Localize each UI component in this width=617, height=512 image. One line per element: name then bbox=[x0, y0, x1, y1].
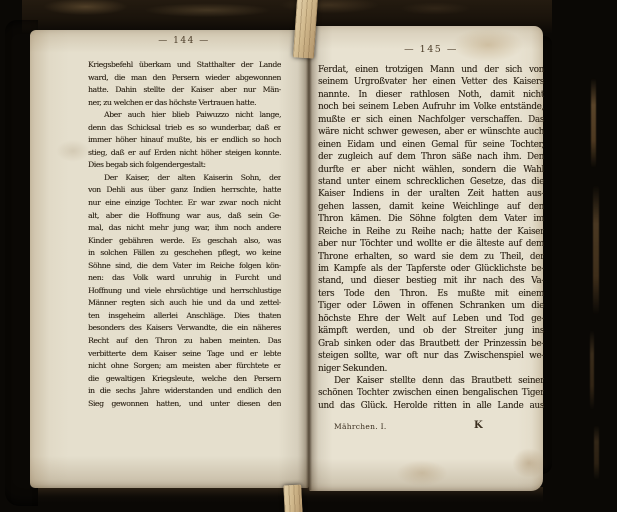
page-number-145: — 145 — bbox=[318, 44, 544, 55]
text-line: Hoffnung und viele ehrsüchtige und herrs… bbox=[88, 285, 281, 298]
text-line: in solchen Fällen zu geschehen pflegt, w… bbox=[88, 247, 281, 260]
binding-streak bbox=[594, 425, 599, 480]
text-line: ward, die man den Persern wieder abgewon… bbox=[88, 72, 281, 85]
text-line: Der Kaiser, der alten Kaiserin Sohn, der bbox=[88, 172, 281, 185]
text-line: Männer regten sich auch hie und da und z… bbox=[88, 297, 281, 310]
text-line: mal, das nicht mehr jung war, ihm noch a… bbox=[88, 222, 281, 235]
text-line: verbitterte dem Kaiser seine Tage und er… bbox=[88, 348, 281, 361]
text-line: ten insgeheim allerlei Anschläge. Dies t… bbox=[88, 310, 281, 323]
text-line: Reiche in Reihe zu Reihe nach; hatte der… bbox=[318, 226, 544, 238]
text-line: hatte. Dahin stellte der Kaiser aber nur… bbox=[88, 84, 281, 97]
text-line: ters Tode den Thron. Es mußte mit einem bbox=[318, 288, 544, 300]
text-line: seinem Urgroßvater her einen Vetter des … bbox=[318, 76, 544, 88]
text-line: noch bei seinem Leben Aufruhr im Volke e… bbox=[318, 101, 544, 113]
text-line: die gewaltigen Kriegsleute, welche den P… bbox=[88, 373, 281, 386]
text-line: der zugleich auf dem Thron säße nach ihm… bbox=[318, 151, 544, 163]
binding-streak bbox=[590, 330, 594, 410]
text-line: stieg, daß er auf Erden nicht höher stei… bbox=[88, 147, 281, 160]
text-line: einen Eidam und einen Gemal für seine To… bbox=[318, 139, 544, 151]
text-line: Recht auf den Thron zu haben meinten. Da… bbox=[88, 335, 281, 348]
text-line: schönen Tochter zwischen einen bengalisc… bbox=[318, 387, 544, 399]
text-line: mußte er sich einen Nachfolger verschaff… bbox=[318, 114, 544, 126]
text-line: im Kampfe als der Tapferste oder Glückli… bbox=[318, 263, 544, 275]
text-line: Sieg gewonnen hatten, und unter diesen d… bbox=[88, 398, 281, 411]
text-line: stand, und dieser bestieg mit ihr nach d… bbox=[318, 275, 544, 287]
text-block-left: Kriegsbefehl überkam und Statthalter der… bbox=[88, 59, 281, 410]
cradle-stick-top bbox=[293, 0, 318, 59]
text-line: stand unter einem schrecklichen Gesetze,… bbox=[318, 176, 544, 188]
text-line: Der Kaiser stellte denn das Brautbett se… bbox=[318, 375, 544, 387]
page-footer: Mährchen. I. K bbox=[318, 420, 544, 434]
footer-volume-label: Mährchen. I. bbox=[334, 422, 387, 431]
gutter-crease bbox=[306, 27, 312, 490]
text-line: von Dehli aus über ganz Indien herrschte… bbox=[88, 184, 281, 197]
binding-streak bbox=[591, 78, 596, 168]
text-line: nicht ohne Sorgen; am meisten aber fürch… bbox=[88, 360, 281, 373]
text-line: immer höher hinauf mußte, bis er endlich… bbox=[88, 134, 281, 147]
text-line: in die sechs Jahre widerstanden und endl… bbox=[88, 385, 281, 398]
text-line: gehen lassen, damit keine Weichlinge auf… bbox=[318, 201, 544, 213]
text-line: und das Glück. Herolde ritten in alle La… bbox=[318, 400, 544, 412]
text-line: steigen sollte, war oft nur das Zwischen… bbox=[318, 350, 544, 362]
text-line: Tiger oder Löwen in offenen Schranken um… bbox=[318, 300, 544, 312]
text-line: kämpft werden, und ob der Streiter jung … bbox=[318, 325, 544, 337]
text-block-right: Ferdat, einen trotzigen Mann und der sic… bbox=[318, 64, 544, 412]
text-line: Söhne sind, die dem Vater im Reiche folg… bbox=[88, 260, 281, 273]
text-line: Kriegsbefehl überkam und Statthalter der… bbox=[88, 59, 281, 72]
text-line: Grab sinken oder das Brautbett der Prinz… bbox=[318, 338, 544, 350]
text-line: wäre nicht schwer gewesen, aber er wünsc… bbox=[318, 126, 544, 138]
binding-streak bbox=[593, 185, 599, 315]
text-line: Dies begab sich folgendergestalt: bbox=[88, 159, 281, 172]
text-line: Kaiser Indiens in der uralten Zeit hatte… bbox=[318, 188, 544, 200]
text-line: aber nur Töchter und wollte er die ältes… bbox=[318, 238, 544, 250]
text-line: Thron kämen. Die Söhne folgten dem Vater… bbox=[318, 213, 544, 225]
text-line: höchste Ehre der Welt auf Leben und Tod … bbox=[318, 313, 544, 325]
text-line: nen: das Volk ward unruhig in Furcht und bbox=[88, 272, 281, 285]
text-line: durfte er aber nicht wählen, sondern die… bbox=[318, 164, 544, 176]
text-line: niger Sekunden. bbox=[318, 363, 544, 375]
text-line: denn das Schicksal trieb es so wunderbar… bbox=[88, 122, 281, 135]
page-number-144: — 144 — bbox=[88, 36, 280, 46]
text-line: Kinder gebähren werde. Es geschah also, … bbox=[88, 235, 281, 248]
text-line: besonders des Kaisers Verwandte, die ein… bbox=[88, 322, 281, 335]
text-line: nur eine einzige Tochter. Er war zwar no… bbox=[88, 197, 281, 210]
text-line: Ferdat, einen trotzigen Mann und der sic… bbox=[318, 64, 544, 76]
text-line: Aber auch hier blieb Paiwuzzo nicht lang… bbox=[88, 109, 281, 122]
text-line: ner, zu welchen er das höchste Vertrauen… bbox=[88, 97, 281, 110]
footer-signature-mark: K bbox=[474, 420, 483, 431]
text-line: nannte. In dieser rathlosen Noth, damit … bbox=[318, 89, 544, 101]
book-scan-scene: — 144 — — 145 — Kriegsbefehl überkam und… bbox=[0, 0, 617, 512]
cradle-stick-bottom bbox=[283, 485, 303, 512]
text-line: alt, aber die Hoffnung war aus, daß sein… bbox=[88, 210, 281, 223]
text-line: Throne erhalten, so ward sie dem zu Thei… bbox=[318, 251, 544, 263]
